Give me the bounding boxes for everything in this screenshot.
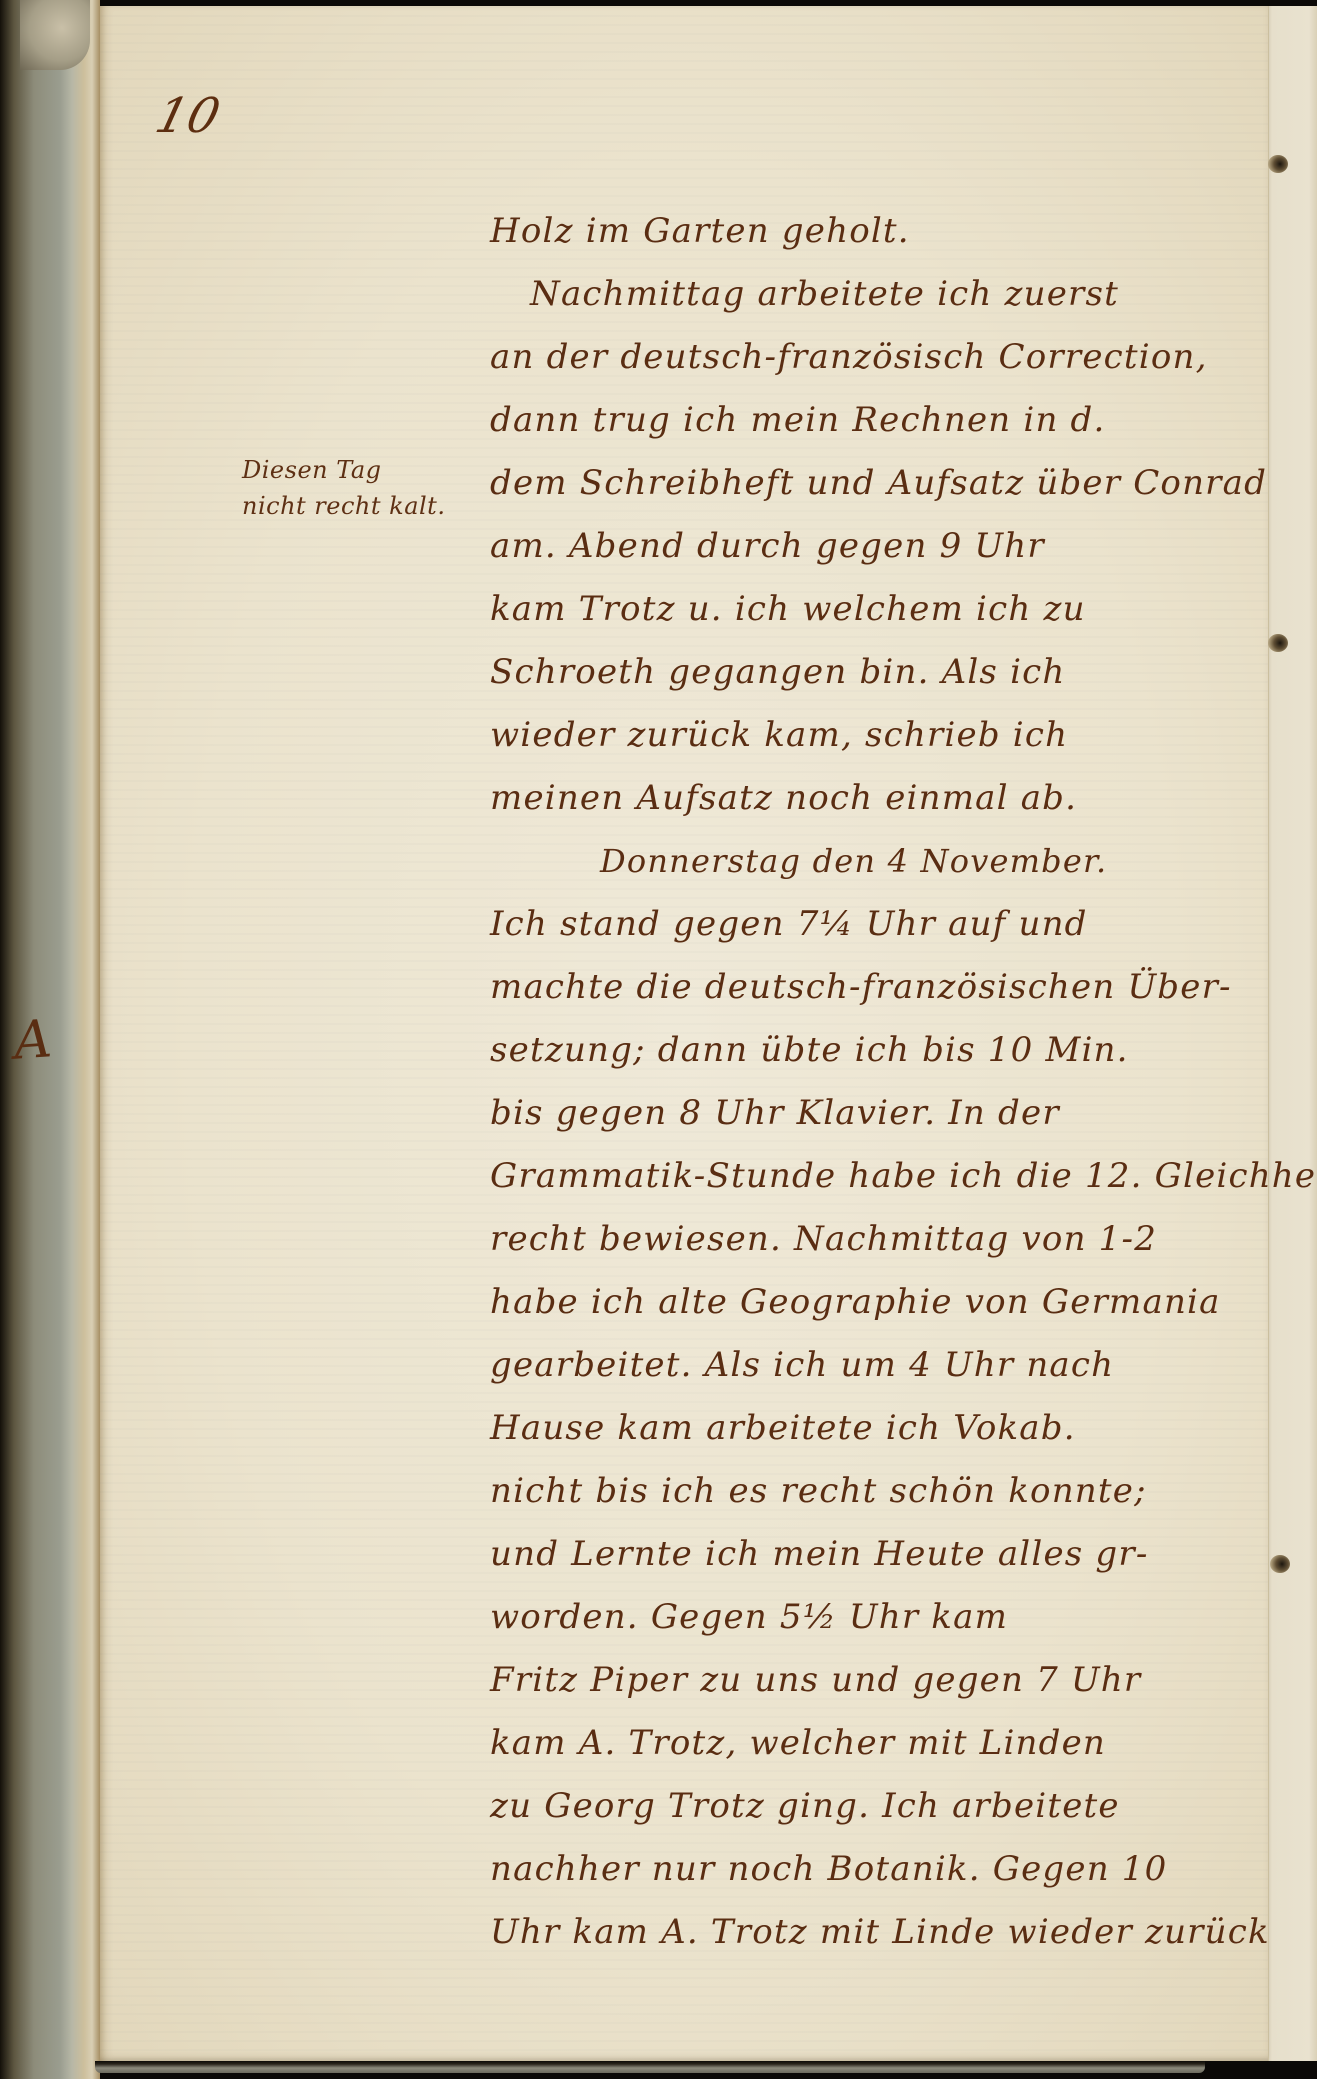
text-line: Hause kam arbeitete ich Vokab.: [490, 1397, 1280, 1460]
text-line: nachher nur noch Botanik. Gegen 10: [490, 1838, 1280, 1901]
margin-note-line: nicht recht kalt.: [242, 488, 445, 524]
cover-corner: [20, 0, 90, 70]
text-line: Holz im Garten geholt.: [490, 200, 1280, 263]
text-line: kam A. Trotz, welcher mit Linden: [490, 1712, 1280, 1775]
text-line: Fritz Piper zu uns und gegen 7 Uhr: [490, 1649, 1280, 1712]
binding-hole-icon: [1268, 155, 1288, 173]
text-line: machte die deutsch-französischen Über-: [490, 956, 1280, 1019]
margin-note-line: Diesen Tag: [242, 452, 445, 488]
date-heading: Donnerstag den 4 November.: [490, 830, 1280, 893]
text-line: kam Trotz u. ich welchem ich zu: [490, 578, 1280, 641]
text-line: Nachmittag arbeitete ich zuerst: [490, 263, 1280, 326]
text-line: Uhr kam A. Trotz mit Linde wieder zurück: [490, 1901, 1280, 1964]
text-line: dann trug ich mein Rechnen in d.: [490, 389, 1280, 452]
text-line: recht bewiesen. Nachmittag von 1-2: [490, 1208, 1280, 1271]
text-line: und Lernte ich mein Heute alles gr-: [490, 1523, 1280, 1586]
text-line: Schroeth gegangen bin. Als ich: [490, 641, 1280, 704]
text-line: an der deutsch-französisch Correction,: [490, 326, 1280, 389]
text-line: meinen Aufsatz noch einmal ab.: [490, 767, 1280, 830]
text-line: zu Georg Trotz ging. Ich arbeitete: [490, 1775, 1280, 1838]
text-line: worden. Gegen 5½ Uhr kam: [490, 1586, 1280, 1649]
text-line: gearbeitet. Als ich um 4 Uhr nach: [490, 1334, 1280, 1397]
text-line: bis gegen 8 Uhr Klavier. In der: [490, 1082, 1280, 1145]
text-line: nicht bis ich es recht schön konnte;: [490, 1460, 1280, 1523]
text-line: dem Schreibheft und Aufsatz über Conrad: [490, 452, 1280, 515]
text-line: habe ich alte Geographie von Germania: [490, 1271, 1280, 1334]
text-line: Grammatik-Stunde habe ich die 12. Gleich…: [490, 1145, 1280, 1208]
cover-mark: A: [12, 1008, 66, 1071]
text-line: wieder zurück kam, schrieb ich: [490, 704, 1280, 767]
diary-text: Holz im Garten geholt. Nachmittag arbeit…: [490, 200, 1280, 1964]
text-line: am. Abend durch gegen 9 Uhr: [490, 515, 1280, 578]
text-line: setzung; dann übte ich bis 10 Min.: [490, 1019, 1280, 1082]
book-bottom-edge: [95, 2061, 1205, 2073]
margin-note: Diesen Tag nicht recht kalt.: [242, 452, 445, 524]
text-line: Ich stand gegen 7¼ Uhr auf und: [490, 893, 1280, 956]
